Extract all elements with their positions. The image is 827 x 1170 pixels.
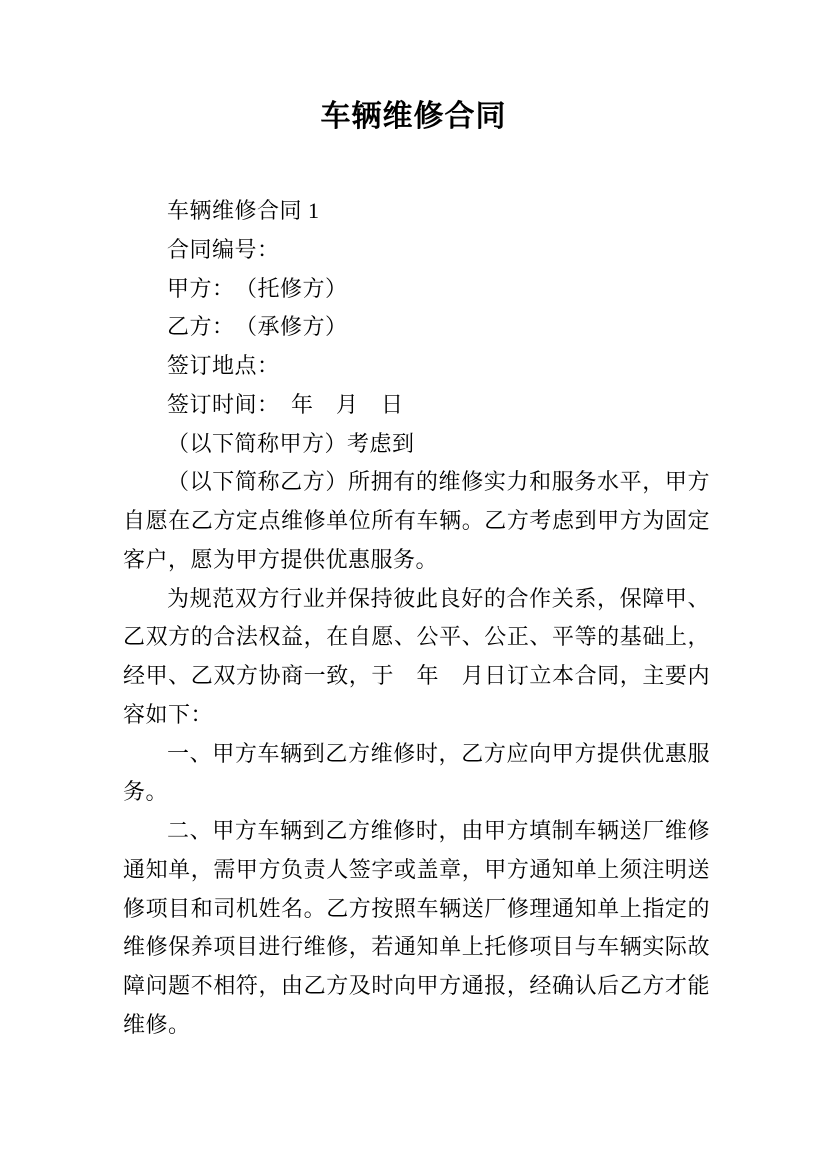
clause-2-paragraph: 二、甲方车辆到乙方维修时，由甲方填制车辆送厂维修通知单，需甲方负责人签字或盖章，… (123, 812, 710, 1045)
clause-1-paragraph: 一、甲方车辆到乙方维修时，乙方应向甲方提供优惠服务。 (123, 735, 710, 813)
party-a-line: 甲方： （托修方） (123, 270, 710, 309)
sign-date-line: 签订时间： 年 月 日 (123, 386, 710, 425)
contract-number-line: 合同编号： (123, 231, 710, 270)
party-a-intro-line: （以下简称甲方）考虑到 (123, 425, 710, 464)
contract-body: 车辆维修合同 1 合同编号： 甲方： （托修方） 乙方： （承修方） 签订地点：… (123, 137, 710, 1045)
contract-subtitle-line: 车辆维修合同 1 (123, 192, 710, 231)
party-b-intro-paragraph: （以下简称乙方）所拥有的维修实力和服务水平，甲方自愿在乙方定点维修单位所有车辆。… (123, 463, 710, 579)
party-b-line: 乙方： （承修方） (123, 308, 710, 347)
preamble-paragraph: 为规范双方行业并保持彼此良好的合作关系，保障甲、乙双方的合法权益，在自愿、公平、… (123, 580, 710, 735)
sign-place-line: 签订地点： (123, 347, 710, 386)
contract-page: 车辆维修合同 车辆维修合同 1 合同编号： 甲方： （托修方） 乙方： （承修方… (0, 0, 827, 1170)
page-title: 车辆维修合同 (0, 0, 827, 137)
